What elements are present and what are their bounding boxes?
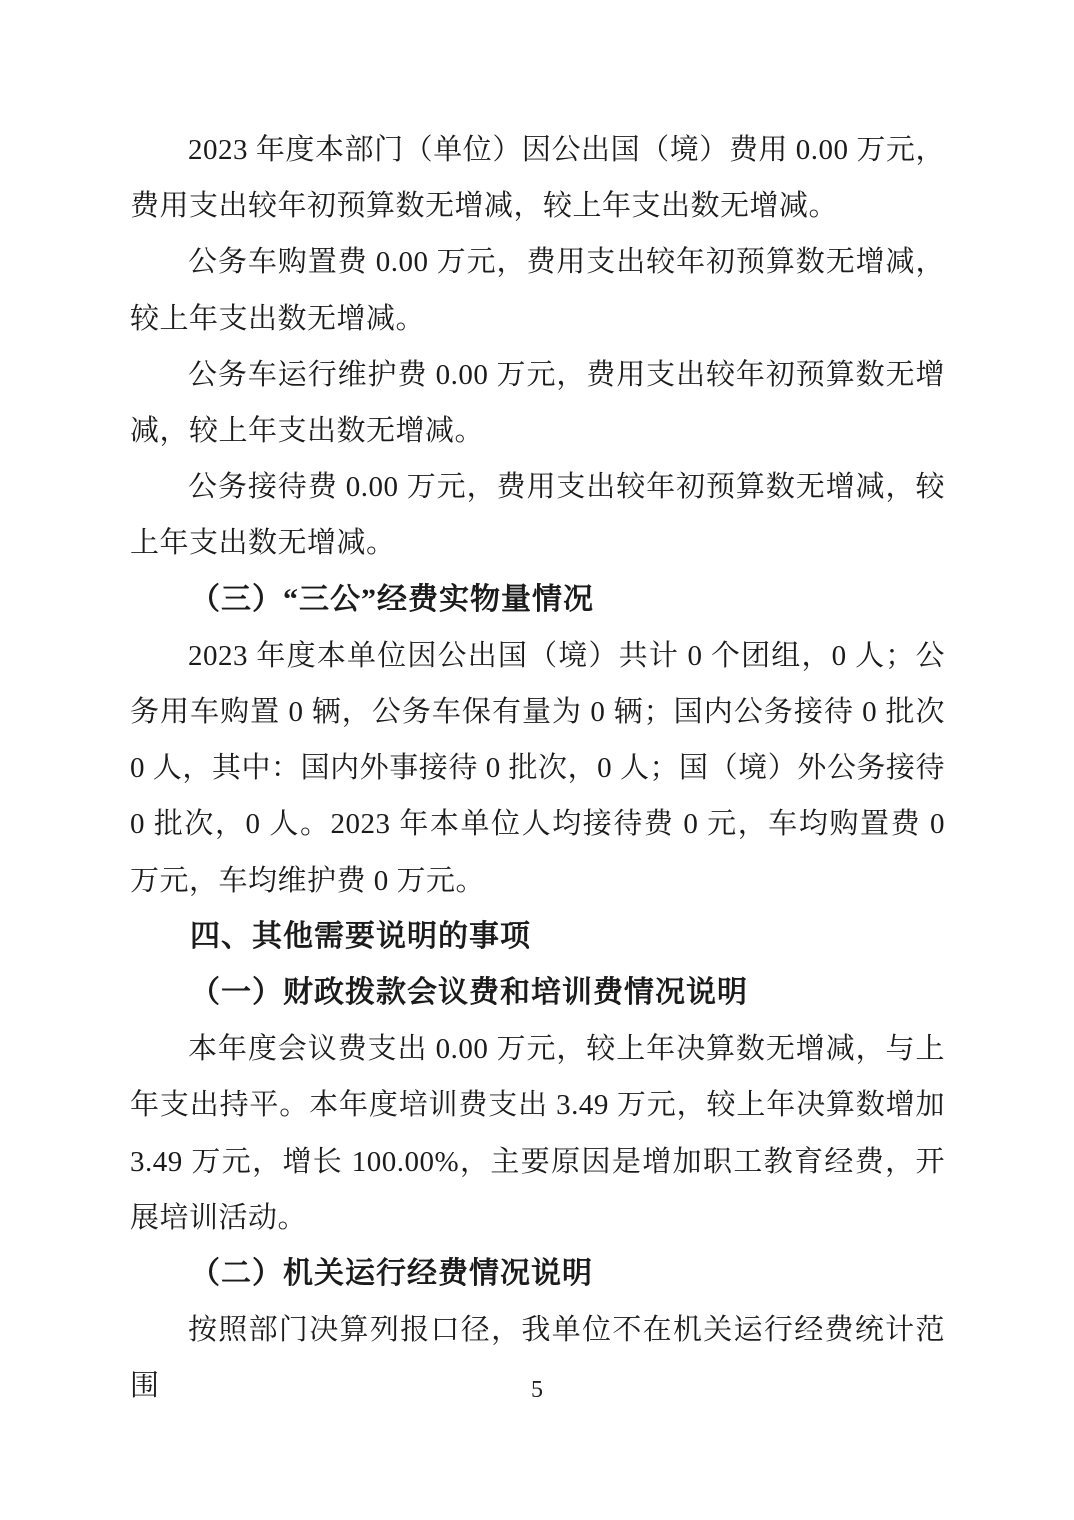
document-body: 2023 年度本部门（单位）因公出国（境）费用 0.00 万元，费用支出较年初预… bbox=[130, 122, 945, 1415]
heading-meeting-training-fee: （一）财政拨款会议费和培训费情况说明 bbox=[130, 965, 945, 1021]
paragraph-physical-quantity-detail: 2023 年度本单位因公出国（境）共计 0 个团组，0 人；公务用车购置 0 辆… bbox=[130, 628, 945, 909]
page-number: 5 bbox=[0, 1375, 1074, 1405]
paragraph-abroad-expense: 2023 年度本部门（单位）因公出国（境）费用 0.00 万元，费用支出较年初预… bbox=[130, 122, 945, 234]
heading-three-public-physical-quantity: （三）“三公”经费实物量情况 bbox=[130, 572, 945, 628]
heading-other-matters: 四、其他需要说明的事项 bbox=[130, 909, 945, 965]
paragraph-vehicle-purchase-expense: 公务车购置费 0.00 万元，费用支出较年初预算数无增减，较上年支出数无增减。 bbox=[130, 234, 945, 346]
paragraph-official-reception-expense: 公务接待费 0.00 万元，费用支出较年初预算数无增减，较上年支出数无增减。 bbox=[130, 459, 945, 571]
document-page: 2023 年度本部门（单位）因公出国（境）费用 0.00 万元，费用支出较年初预… bbox=[0, 0, 1074, 1520]
paragraph-meeting-training-fee-detail: 本年度会议费支出 0.00 万元，较上年决算数无增减，与上年支出持平。本年度培训… bbox=[130, 1021, 945, 1246]
heading-agency-operating-expense: （二）机关运行经费情况说明 bbox=[130, 1246, 945, 1302]
paragraph-vehicle-maintenance-expense: 公务车运行维护费 0.00 万元，费用支出较年初预算数无增减，较上年支出数无增减… bbox=[130, 347, 945, 459]
